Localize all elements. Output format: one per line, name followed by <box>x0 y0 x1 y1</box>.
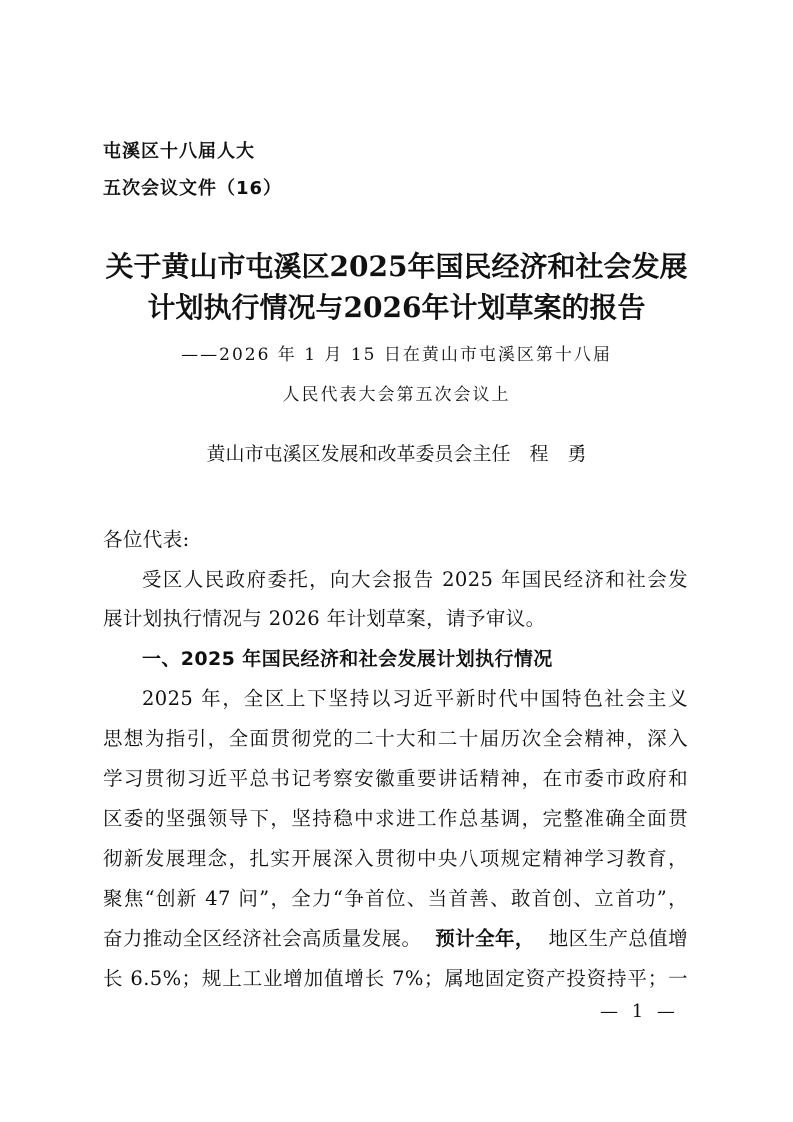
line-7-text-start: 奋力推动全区经济社会高质量发展。 <box>103 926 421 952</box>
subtitle-line2: 人民代表大会第五次会议上 <box>0 383 793 407</box>
paragraph-2-line-7: 奋力推动全区经济社会高质量发展。 预计全年， 地区生产总值增 <box>103 926 688 952</box>
page-number: — 1 — <box>600 1001 679 1022</box>
subtitle-line1: ——2026 年 1 月 15 日在黄山市屯溪区第十八届 <box>0 343 793 367</box>
paragraph-1-line-2: 展计划执行情况与 2026 年计划草案，请予审议。 <box>103 606 688 632</box>
salutation: 各位代表: <box>103 527 688 553</box>
document-label-line1: 屯溪区十八届人大 <box>103 140 255 164</box>
report-title-line1: 关于黄山市屯溪区2025年国民经济和社会发展 <box>0 248 793 286</box>
report-title-line2: 计划执行情况与2026年计划草案的报告 <box>0 289 793 327</box>
line-7-text-end: 地区生产总值增 <box>549 926 688 952</box>
paragraph-2-line-5: 彻新发展理念，扎实开展深入贯彻中央八项规定精神学习教育， <box>103 846 688 872</box>
paragraph-2-line-6: 聚焦“创新 47 问”，全力“争首位、当首善、敢首创、立首功”， <box>103 886 688 912</box>
paragraph-1-line-1: 受区人民政府委托，向大会报告 2025 年国民经济和社会发 <box>142 567 688 593</box>
line-7-bold-text: 预计全年， <box>435 926 535 952</box>
paragraph-2-line-3: 学习贯彻习近平总书记考察安徽重要讲话精神，在市委市政府和 <box>103 766 688 792</box>
paragraph-2-line-2: 思想为指引，全面贯彻党的二十大和二十届历次全会精神，深入 <box>103 726 688 752</box>
paragraph-2-line-4: 区委的坚强领导下，坚持稳中求进工作总基调，完整准确全面贯 <box>103 806 688 832</box>
document-label-line2: 五次会议文件（16） <box>103 177 282 201</box>
paragraph-2-line-1: 2025 年，全区上下坚持以习近平新时代中国特色社会主义 <box>142 686 688 712</box>
section-1-heading: 一、2025 年国民经济和社会发展计划执行情况 <box>142 646 688 672</box>
author-line: 黄山市屯溪区发展和改革委员会主任 程 勇 <box>0 441 793 467</box>
paragraph-2-line-8: 长 6.5%；规上工业增加值增长 7%；属地固定资产投资持平；一 <box>103 966 688 992</box>
